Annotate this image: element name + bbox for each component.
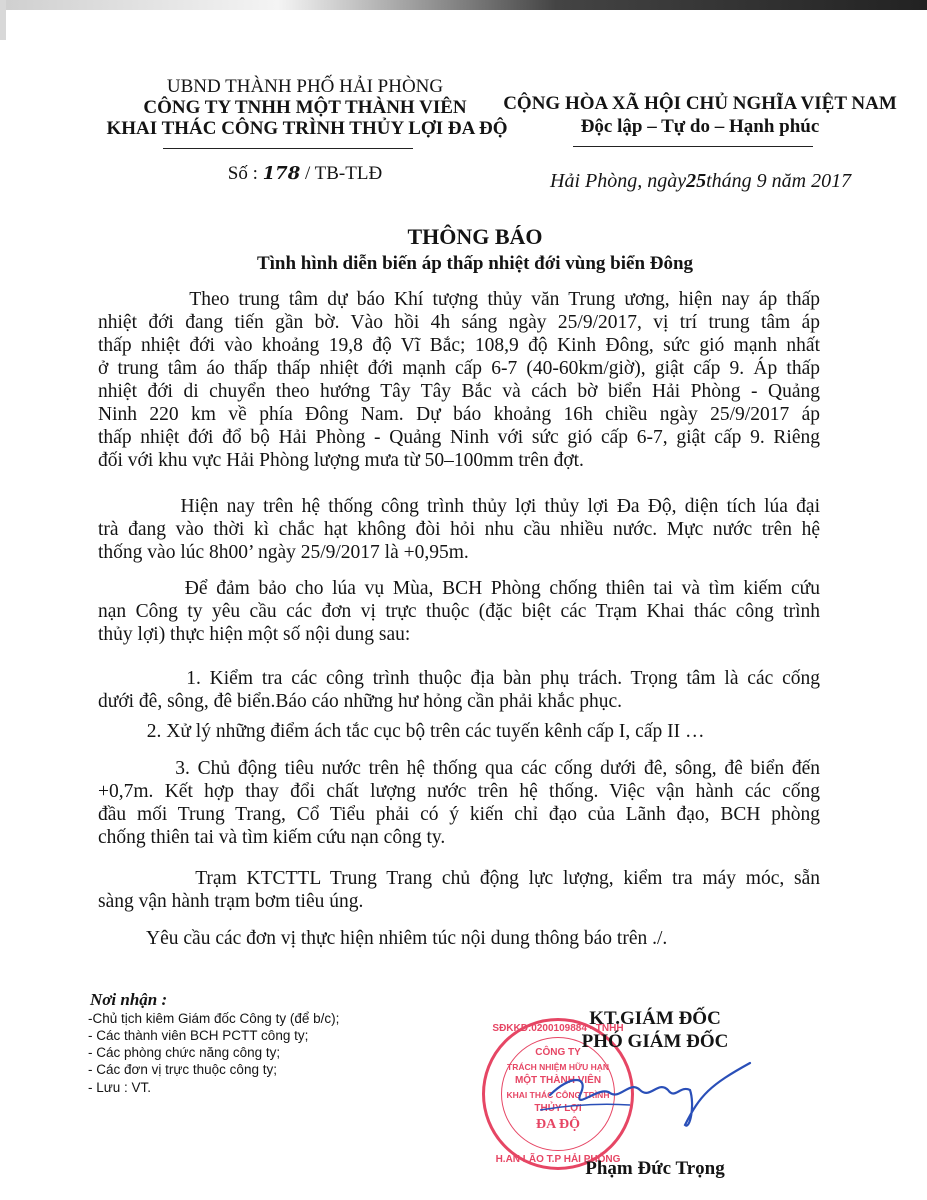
body-line: chống thiên tai và tìm kiếm cứu nạn công… — [98, 827, 820, 849]
body-line: 2. Xử lý những điểm ách tắc cục bộ trên … — [98, 721, 820, 743]
body-line: Trạm KTCTTL Trung Trang chủ động lực lượ… — [98, 868, 820, 890]
company-name-line1: CÔNG TY TNHH MỘT THÀNH VIÊN — [120, 97, 490, 119]
handwritten-signature — [540, 1055, 760, 1135]
body-line: nạn Công ty yêu cầu các đơn vị trực thuộ… — [98, 601, 820, 623]
document-number-prefix: Số : — [228, 163, 263, 184]
body-line: 3. Chủ động tiêu nước trên hệ thống qua … — [98, 758, 820, 780]
company-name-line2: KHAI THÁC CÔNG TRÌNH THỦY LỢI ĐA ĐỘ — [92, 118, 522, 140]
scan-edge-shadow-left — [0, 0, 6, 40]
national-motto: Độc lập – Tự do – Hạnh phúc — [490, 116, 910, 138]
body-line: thấp nhiệt đới đổ bộ Hải Phòng - Quảng N… — [98, 427, 820, 449]
body-line: Hiện nay trên hệ thống công trình thủy l… — [98, 496, 820, 518]
body-line: đối với khu vực Hải Phòng lượng mưa từ 5… — [98, 450, 820, 472]
body-line: Ninh 220 km về phía Đông Nam. Dự báo kho… — [98, 404, 820, 426]
signatory-name: Phạm Đức Trọng — [470, 1158, 840, 1180]
issuing-authority: UBND THÀNH PHỐ HẢI PHÒNG — [120, 76, 490, 98]
body-line: thống vào lúc 8h00’ ngày 25/9/2017 là +0… — [98, 542, 820, 564]
document-subtitle: Tình hình diễn biến áp thấp nhiệt đới vù… — [150, 253, 800, 275]
signature-title-line2: PHÓ GIÁM ĐỐC — [470, 1031, 840, 1053]
body-line: nhiệt đới di chuyển theo hướng Tây Tây B… — [98, 381, 820, 403]
body-line: Yêu cầu các đơn vị thực hiện nhiêm túc n… — [98, 928, 820, 950]
recipient-item: - Các phòng chức năng công ty; — [88, 1045, 280, 1060]
header-right-rule — [573, 146, 813, 147]
body-line: Để đảm bảo cho lúa vụ Mùa, BCH Phòng chố… — [98, 578, 820, 600]
signature-title-line1: KT.GIÁM ĐỐC — [470, 1008, 840, 1030]
scan-edge-shadow — [0, 0, 927, 10]
date-suffix: tháng 9 năm 2017 — [706, 170, 851, 192]
body-line: dưới đê, sông, đê biển.Báo cáo những hư … — [98, 691, 820, 713]
body-line: Theo trung tâm dự báo Khí tượng thủy văn… — [98, 289, 820, 311]
date-day: 25 — [686, 170, 706, 192]
recipient-item: -Chủ tịch kiêm Giám đốc Công ty (để b/c)… — [88, 1011, 339, 1026]
body-line: sàng vận hành trạm bơm tiêu úng. — [98, 891, 820, 913]
recipient-item: - Lưu : VT. — [88, 1080, 151, 1095]
recipients-title: Nơi nhận : — [90, 990, 167, 1010]
body-line: thủy lợi) thực hiện một số nội dung sau: — [98, 624, 820, 646]
document-number-value: 178 — [263, 163, 301, 184]
body-line: ở trung tâm áo thấp thấp nhiệt đới mạnh … — [98, 358, 820, 380]
body-line: thấp nhiệt đới vào khoảng 19,8 độ Vĩ Bắc… — [98, 335, 820, 357]
document-title: THÔNG BÁO — [150, 224, 800, 250]
national-title: CỘNG HÒA XÃ HỘI CHỦ NGHĨA VIỆT NAM — [490, 93, 910, 115]
document-number-suffix: / TB-TLĐ — [300, 163, 382, 184]
header-left-rule — [163, 148, 413, 149]
body-line: nhiệt đới đang tiến gần bờ. Vào hồi 4h s… — [98, 312, 820, 334]
body-line: trà đang vào thời kì chắc hạt không đòi … — [98, 519, 820, 541]
recipient-item: - Các đơn vị trực thuộc công ty; — [88, 1062, 277, 1077]
body-line: đầu mối Trung Trang, Cổ Tiểu phải có ý k… — [98, 804, 820, 826]
date-prefix: Hải Phòng, ngày — [550, 170, 686, 192]
body-line: 1. Kiểm tra các công trình thuộc địa bàn… — [98, 668, 820, 690]
body-line: +0,7m. Kết hợp thay đổi chất lượng nước … — [98, 781, 820, 803]
document-date: Hải Phòng, ngày25tháng 9 năm 2017 — [550, 170, 851, 193]
recipient-item: - Các thành viên BCH PCTT công ty; — [88, 1028, 308, 1043]
document-number: Số : 178 / TB-TLĐ — [120, 163, 490, 185]
